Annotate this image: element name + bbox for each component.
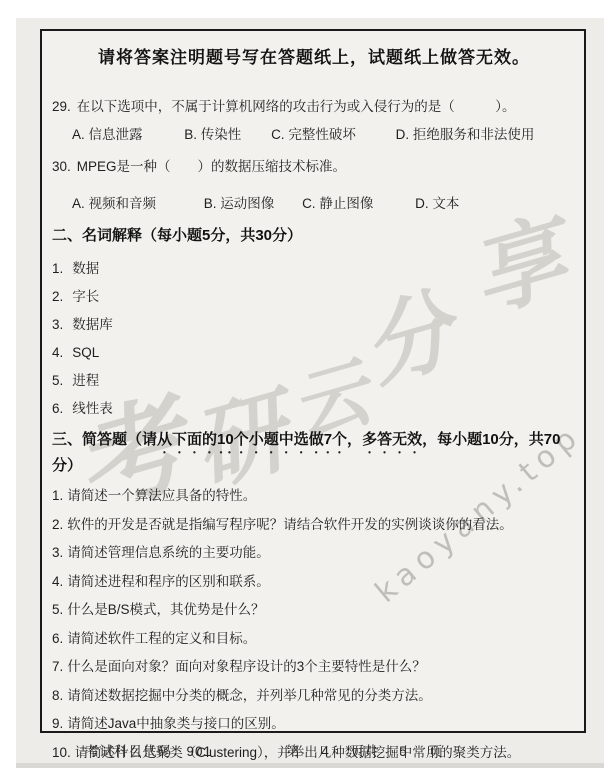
term-item-6: 6.线性表 <box>52 401 576 416</box>
question-29-option-d: D. 拒绝服务和非法使用 <box>396 127 535 143</box>
section3-title-separator: ， <box>347 431 362 448</box>
short-answer-text: 请简述管理信息系统的主要功能。 <box>67 545 270 560</box>
short-answer-number: 1. <box>52 488 63 503</box>
subject-code: 考试科目代码：901 <box>85 740 212 760</box>
section3-title-prefix: 三、简答题（请 <box>52 431 157 448</box>
short-answer-item-8: 8.请简述数据挖掘中分类的概念，并列举几种常见的分类方法。 <box>52 688 576 704</box>
short-answer-text: 什么是B/S模式，其优势是什么？ <box>67 602 264 617</box>
short-answer-text: 请简述数据挖掘中分类的概念，并列举几种常见的分类方法。 <box>67 688 432 703</box>
short-answer-text: 什么是面向对象？面向对象程序设计的3个主要特性是什么？ <box>67 659 426 674</box>
short-answer-item-2: 2.软件的开发是否就是指编写程序呢？请结合软件开发的实例谈谈你的看法。 <box>52 517 576 533</box>
short-answer-number: 7. <box>52 659 63 674</box>
term-item-3: 3.数据库 <box>52 317 576 332</box>
short-answer-item-1: 1.请简述一个算法应具备的特性。 <box>52 488 576 504</box>
question-29-stem: 29.在以下选项中，不属于计算机网络的攻击行为或入侵行为的是（ ）。 <box>52 99 576 115</box>
term-item-4: 4.SQL <box>52 345 576 360</box>
term-item-text: SQL <box>72 345 99 360</box>
answer-notice: 请将答案注明题号写在答题纸上，试题纸上做答无效。 <box>52 48 576 68</box>
short-answer-number: 2. <box>52 517 63 532</box>
term-item-text: 线性表 <box>72 401 113 416</box>
short-answer-number: 4. <box>52 574 63 589</box>
short-answer-item-9: 9.请简述Java中抽象类与接口的区别。 <box>52 716 576 732</box>
short-answer-item-3: 3.请简述管理信息系统的主要功能。 <box>52 545 576 561</box>
term-item-text: 数据 <box>72 261 99 276</box>
term-item-number: 6. <box>52 401 63 416</box>
question-30-options: A. 视频和音频 B. 运动图像 C. 静止图像 D. 文本 <box>52 196 576 212</box>
short-answer-item-6: 6.请简述软件工程的定义和目标。 <box>52 631 576 647</box>
short-answer-number: 6. <box>52 631 63 646</box>
term-item-text: 字长 <box>72 289 99 304</box>
term-item-number: 1. <box>52 261 63 276</box>
short-answer-item-5: 5.什么是B/S模式，其优势是什么？ <box>52 602 576 618</box>
short-answer-number: 3. <box>52 545 63 560</box>
question-30-option-d: D. 文本 <box>415 196 459 212</box>
short-answer-number: 10. <box>52 745 71 760</box>
section3-question-list: 1.请简述一个算法应具备的特性。 2.软件的开发是否就是指编写程序呢？请结合软件… <box>52 488 576 760</box>
section3-title-emphasis-2: 多答无效 <box>362 431 422 448</box>
question-30-option-b: B. 运动图像 <box>204 196 275 212</box>
question-29-number: 29. <box>52 99 71 114</box>
short-answer-text: 请简述进程和程序的区别和联系。 <box>67 574 270 589</box>
short-answer-number: 9. <box>52 716 63 731</box>
section3-title-emphasis-1: 从下面的10个小题中选做7个 <box>157 431 347 448</box>
section3-title: 三、简答题（请从下面的10个小题中选做7个，多答无效，每小题10分，共70分） <box>52 431 576 474</box>
short-answer-number: 8. <box>52 688 63 703</box>
short-answer-item-7: 7.什么是面向对象？面向对象程序设计的3个主要特性是什么？ <box>52 659 576 675</box>
exam-sheet-border-box: 考 研 云 分 享 kaoyany.top 请将答案注明题号写在答题纸上，试题纸… <box>40 29 586 733</box>
section2-term-list: 1.数据 2.字长 3.数据库 4.SQL 5.进程 6.线性表 <box>52 261 576 416</box>
question-29-option-a: A. 信息泄露 <box>72 127 143 143</box>
question-29-option-c: C. 完整性破坏 <box>271 127 356 143</box>
total-pages: 共 5 页 <box>364 740 451 760</box>
scanned-page: 考 研 云 分 享 kaoyany.top 请将答案注明题号写在答题纸上，试题纸… <box>16 18 604 768</box>
question-30-option-a: A. 视频和音频 <box>72 196 156 212</box>
question-29-option-b: B. 传染性 <box>184 127 241 143</box>
term-item-text: 进程 <box>72 373 99 388</box>
question-30-number: 30. <box>52 159 71 174</box>
short-answer-item-4: 4.请简述进程和程序的区别和联系。 <box>52 574 576 590</box>
term-item-text: 数据库 <box>72 317 113 332</box>
term-item-number: 4. <box>52 345 63 360</box>
page-number: 第 4 页 <box>286 740 373 760</box>
scan-edge-shadow <box>16 763 604 768</box>
section2-title: 二、名词解释（每小题5分，共30分） <box>52 227 576 244</box>
short-answer-number: 5. <box>52 602 63 617</box>
short-answer-text: 软件的开发是否就是指编写程序呢？请结合软件开发的实例谈谈你的看法。 <box>67 517 513 532</box>
short-answer-text: 请简述Java中抽象类与接口的区别。 <box>67 716 285 731</box>
question-30-text: MPEG是一种（ ）的数据压缩技术标准。 <box>77 159 346 174</box>
term-item-number: 5. <box>52 373 63 388</box>
term-item-number: 2. <box>52 289 63 304</box>
question-30-stem: 30.MPEG是一种（ ）的数据压缩技术标准。 <box>52 159 576 175</box>
exam-content: 请将答案注明题号写在答题纸上，试题纸上做答无效。 29.在以下选项中，不属于计算… <box>42 48 584 760</box>
term-item-1: 1.数据 <box>52 261 576 276</box>
question-30-option-c: C. 静止图像 <box>302 196 373 212</box>
term-item-5: 5.进程 <box>52 373 576 388</box>
question-29-options: A. 信息泄露 B. 传染性 C. 完整性破坏 D. 拒绝服务和非法使用 <box>52 127 576 143</box>
short-answer-text: 请简述一个算法应具备的特性。 <box>67 488 256 503</box>
question-29-text: 在以下选项中，不属于计算机网络的攻击行为或入侵行为的是（ ）。 <box>77 99 516 114</box>
term-item-number: 3. <box>52 317 63 332</box>
term-item-2: 2.字长 <box>52 289 576 304</box>
short-answer-text: 请简述软件工程的定义和目标。 <box>67 631 256 646</box>
